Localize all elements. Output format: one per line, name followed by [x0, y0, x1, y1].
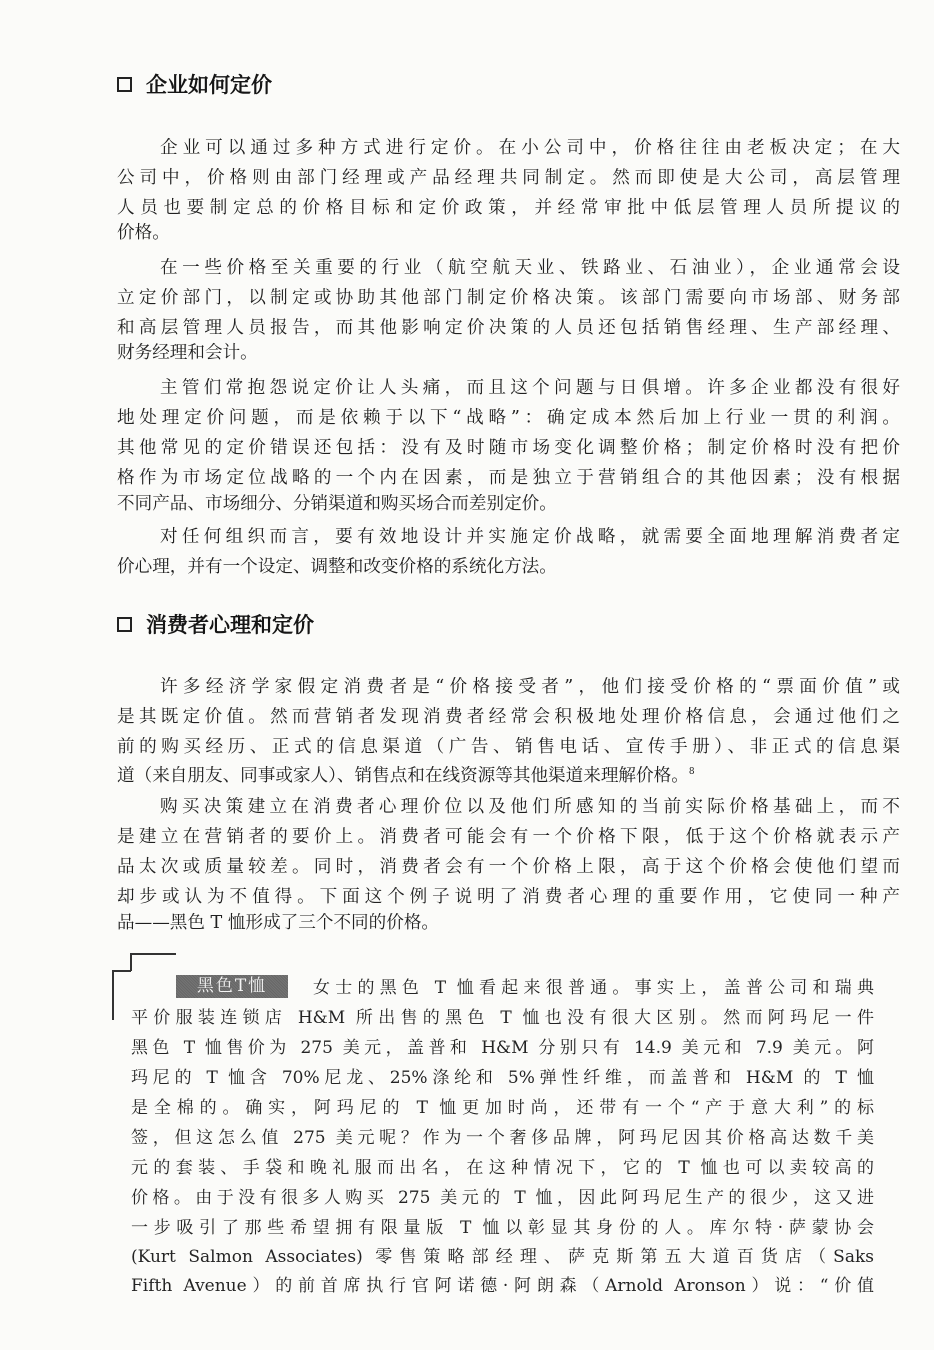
text-line: 道（来自朋友、同事或家人）、销售点和在线资源等其他渠道来理解价格。8: [117, 764, 900, 788]
section-title: 消费者心理和定价: [146, 609, 314, 639]
text-line: 品太次或质量较差。同时，消费者会有一个价格上限，高于这个价格会使他们望而: [117, 855, 900, 879]
text-line: 在一些价格至关重要的行业（航空航天业、铁路业、石油业），企业通常会设: [160, 256, 900, 280]
text-line: 和高层管理人员报告，而其他影响定价决策的人员还包括销售经理、生产部经理、: [117, 316, 900, 340]
bracket-step-vertical: [130, 953, 132, 971]
text-line: 企业可以通过多种方式进行定价。在小公司中，价格往往由老板决定；在大: [160, 136, 900, 160]
footnote-reference[interactable]: 8: [689, 767, 695, 777]
text-line: 是建立在营销者的要价上。消费者可能会有一个价格下限，低于这个价格就表示产: [117, 825, 900, 849]
text-line: 价心理，并有一个设定、调整和改变价格的系统化方法。: [117, 555, 900, 579]
bracket-top-line: [130, 953, 176, 955]
text-line: 格作为市场定位战略的一个内在因素，而是独立于营销组合的其他因素；没有根据: [117, 466, 900, 490]
section-title: 企业如何定价: [146, 69, 272, 99]
text-line: 价格。由于没有很多人购买 275 美元的 T 恤，因此阿玛尼生产的很少，这又进: [131, 1186, 874, 1210]
text-line: 黑色 T 恤售价为 275 美元，盖普和 H&M 分别只有 14.9 美元和 7…: [131, 1036, 874, 1060]
section-heading-how-companies-price: 企业如何定价: [117, 68, 272, 100]
text-line: 是全棉的。确实，阿玛尼的 T 恤更加时尚，还带有一个“产于意大利”的标: [131, 1096, 874, 1120]
text-line: 元的套装、手袋和晚礼服而出名，在这种情况下，它的 T 恤也可以卖较高的: [131, 1156, 874, 1180]
bracket-left-line: [112, 970, 114, 1020]
bracket-step-horizontal: [112, 970, 131, 972]
square-bullet-icon: [117, 77, 132, 92]
text-line: Fifth Avenue）的前首席执行官阿诺德·阿朗森（Arnold Arons…: [131, 1274, 874, 1298]
text-line: 是其既定价值。然而营销者发现消费者经常会积极地处理价格信息，会通过他们之: [117, 705, 900, 729]
text-line: 价格。: [117, 221, 900, 245]
text-line: 许多经济学家假定消费者是“价格接受者”，他们接受价格的“票面价值”或: [160, 675, 900, 699]
text-line: 财务经理和会计。: [117, 341, 900, 365]
text-line: 地处理定价问题，而是依赖于以下“战略”：确定成本然后加上行业一贯的利润。: [117, 406, 900, 430]
text-line: 玛尼的 T 恤含 70%尼龙、25%涤纶和 5%弹性纤维，而盖普和 H&M 的 …: [131, 1066, 874, 1090]
text-line: 人员也要制定总的价格目标和定价政策，并经常审批中低层管理人员所提议的: [117, 196, 900, 220]
text-line: 一步吸引了那些希望拥有限量版 T 恤以彰显其身份的人。库尔特·萨蒙协会: [131, 1216, 874, 1240]
text-line: 购买决策建立在消费者心理价位以及他们所感知的当前实际价格基础上，而不: [160, 795, 900, 819]
text-line: 却步或认为不值得。下面这个例子说明了消费者心理的重要作用，它使同一种产: [117, 885, 900, 909]
text-line: 立定价部门，以制定或协助其他部门制定价格决策。该部门需要向市场部、财务部: [117, 286, 900, 310]
text-line: 签，但这怎么值 275 美元呢？作为一个奢侈品牌，阿玛尼因其价格高达数千美: [131, 1126, 874, 1150]
text-line: 前的购买经历、正式的信息渠道（广告、销售电话、宣传手册）、非正式的信息渠: [117, 735, 900, 759]
text-line: 平价服装连锁店 H&M 所出售的黑色 T 恤也没有很大区别。然而阿玛尼一件: [131, 1006, 874, 1030]
text-line: 女士的黑色 T 恤看起来很普通。事实上，盖普公司和瑞典: [313, 976, 874, 1000]
text-span: 道（来自朋友、同事或家人）、销售点和在线资源等其他渠道来理解价格。: [117, 766, 689, 786]
section-heading-consumer-psychology: 消费者心理和定价: [117, 608, 314, 640]
text-line: 品——黑色 T 恤形成了三个不同的价格。: [117, 911, 900, 935]
text-line: 其他常见的定价错误还包括：没有及时随市场变化调整价格；制定价格时没有把价: [117, 436, 900, 460]
text-line: 对任何组织而言，要有效地设计并实施定价战略，就需要全面地理解消费者定: [160, 525, 900, 549]
text-line: 不同产品、市场细分、分销渠道和购买场合而差别定价。: [117, 492, 900, 516]
book-page: 企业如何定价 企业可以通过多种方式进行定价。在小公司中，价格往往由老板决定；在大…: [0, 0, 934, 1350]
text-line: (Kurt Salmon Associates) 零售策略部经理、萨克斯第五大道…: [131, 1245, 874, 1269]
text-line: 主管们常抱怨说定价让人头痛，而且这个问题与日俱增。许多企业都没有很好: [160, 376, 900, 400]
example-label: 黑色T恤: [176, 975, 288, 998]
text-line: 公司中，价格则由部门经理或产品经理共同制定。然而即使是大公司，高层管理: [117, 166, 900, 190]
square-bullet-icon: [117, 617, 132, 632]
